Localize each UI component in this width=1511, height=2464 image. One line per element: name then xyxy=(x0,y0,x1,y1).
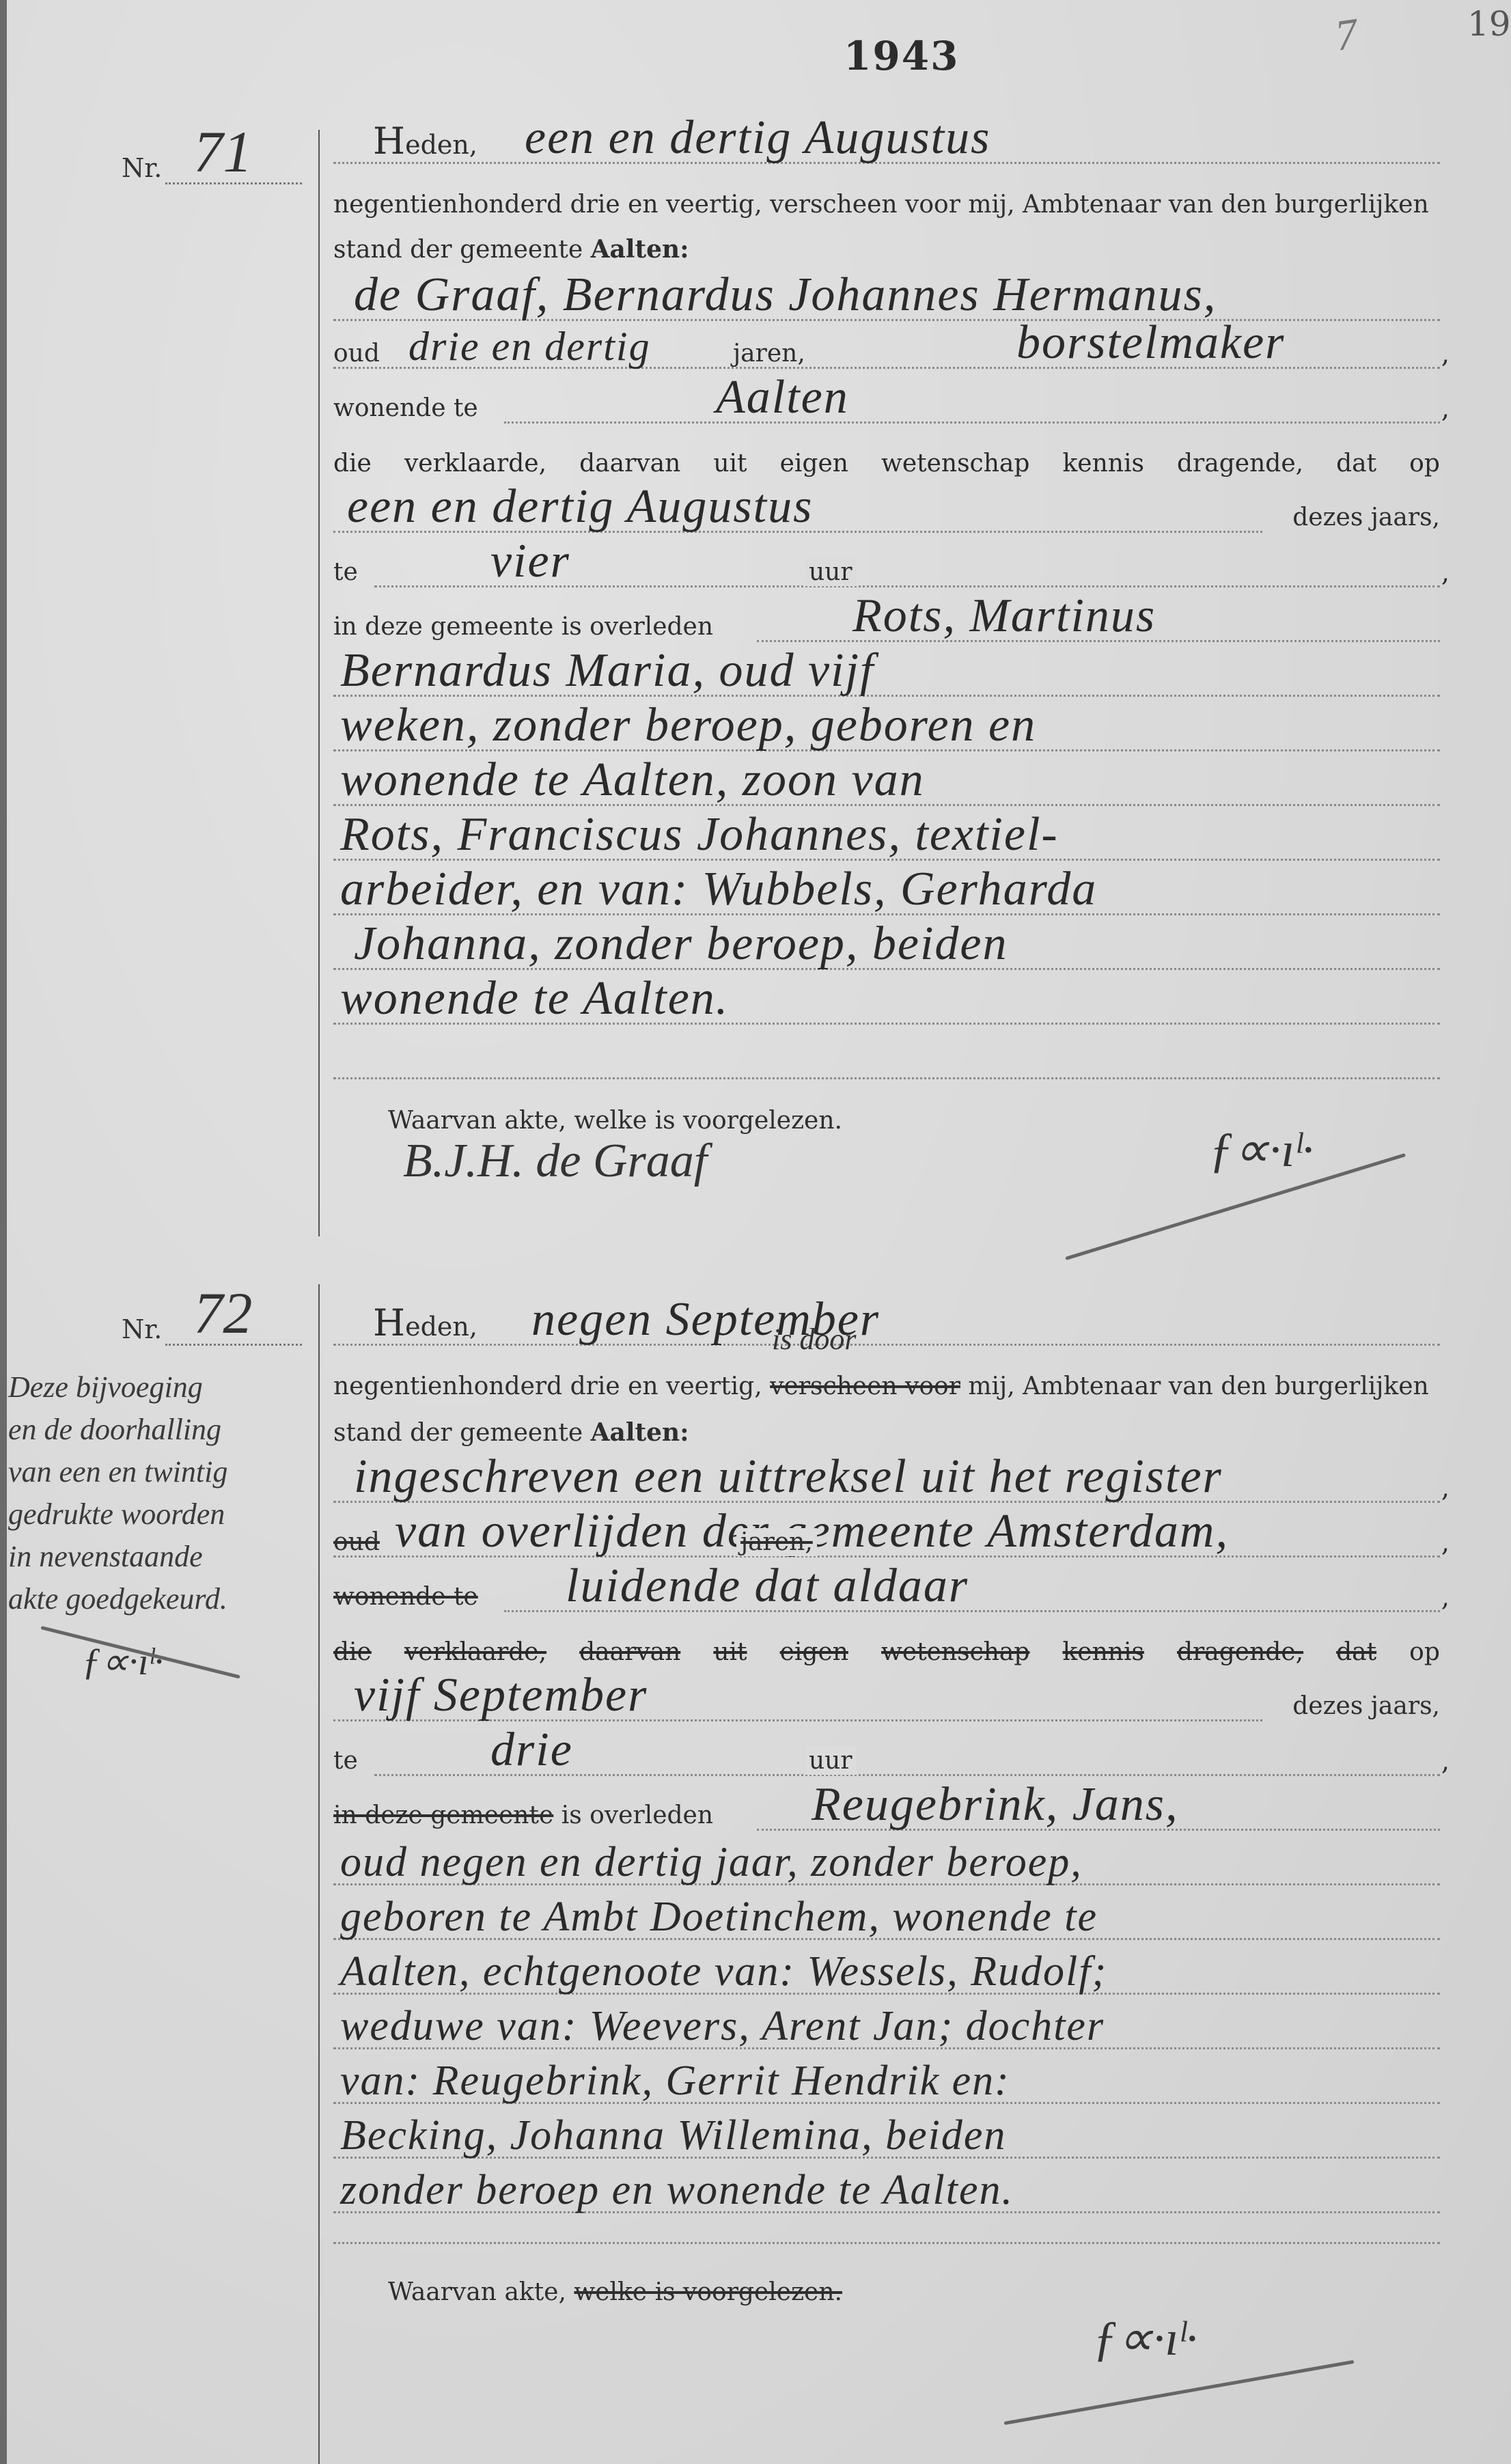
entry71-age-line: oud drie en dertig jaren, borstelmaker , xyxy=(333,321,1440,376)
entry71-declarant-name: de Graaf, Bernardus Johannes Hermanus, xyxy=(354,268,1217,322)
entry72-municipality-line: stand der gemeente Aalten: xyxy=(333,1400,1440,1455)
entry71-official-signature: ƒ∝·ıˡ· xyxy=(1209,1120,1314,1178)
entry72-deceased-line-4: Aalten, echtgenoote van: Wessels, Rudolf… xyxy=(333,1947,1440,2002)
entry71-declarant-residence: Aalten xyxy=(716,370,849,425)
entry71-deceased-name: Rots, Martinus xyxy=(852,589,1156,643)
entry71-declaration-line: dieverklaarde,daarvanuiteigenwetenschapk… xyxy=(333,449,1440,477)
folio-number: 19 xyxy=(1467,4,1511,44)
entry72-extract-line-2: oud van overlijden der gemeente Amsterda… xyxy=(333,1510,1440,1564)
entry71-deceased-line-2: Bernardus Maria, oud vijf xyxy=(333,649,1440,704)
entry71-deceased-line-3: weken, zonder beroep, geboren en xyxy=(333,704,1440,758)
entry72-extract-line-3: wonende te luidende dat aldaar , xyxy=(333,1564,1440,1619)
entry72-heden-line: Heden, negen September xyxy=(333,1298,1440,1353)
entry72-death-hour: drie xyxy=(490,1723,573,1777)
entry72-hour-line: te drie uur , xyxy=(333,1728,1440,1783)
entry72-declaration-line-struck: dieverklaarde,daarvanuiteigenwetenschapk… xyxy=(333,1638,1440,1666)
page-binding-edge xyxy=(0,0,7,2464)
entry71-deceased-line-1: in deze gemeente is overleden Rots, Mart… xyxy=(333,594,1440,649)
entry71-declarant-signature: B.J.H. de Graaf xyxy=(403,1134,707,1189)
entry71-heden-line: Heden, een en dertig Augustus xyxy=(333,116,1440,171)
entry72-deceased-line-3: geboren te Ambt Doetinchem, wonende te xyxy=(333,1892,1440,1947)
entry71-declarant-occupation: borstelmaker xyxy=(1016,316,1285,370)
entry71-deceased-line-8: wonende te Aalten. xyxy=(333,977,1440,1032)
entry72-death-date-line: vijf September dezes jaars, xyxy=(333,1674,1440,1728)
entry72-deceased-name: Reugebrink, Jans, xyxy=(812,1777,1178,1832)
entry71-deceased-line-4: wonende te Aalten, zoon van xyxy=(333,758,1440,813)
entry-number-72: Nr. 72 xyxy=(122,1284,252,1353)
column-divider-2 xyxy=(318,1284,320,2464)
entry72-signature-underline xyxy=(1004,2360,1355,2425)
entry71-declarant-age: drie en dertig xyxy=(408,323,651,370)
column-divider-1 xyxy=(318,130,320,1236)
entry72-insertion-above-line: is door xyxy=(772,1322,856,1357)
entry71-death-hour: vier xyxy=(490,534,570,589)
entry71-hour-line: te vier uur , xyxy=(333,540,1440,594)
entry71-deceased-line-7: Johanna, zonder beroep, beiden xyxy=(333,922,1440,977)
entry72-extract-line-1: ingeschreven een uittreksel uit het regi… xyxy=(333,1455,1440,1510)
entry72-deceased-line-1: in deze gemeente is overleden Reugebrink… xyxy=(333,1783,1440,1838)
entry71-deceased-line-6: arbeider, en van: Wubbels, Gerharda xyxy=(333,868,1440,922)
entry71-residence-line: wonende te Aalten , xyxy=(333,376,1440,430)
entry72-blank-line xyxy=(333,2196,1440,2251)
entry72-closing-formula: Waarvan akte, welke is voorgelezen. xyxy=(388,2278,842,2306)
entry72-deceased-line-2: oud negen en dertig jaar, zonder beroep, xyxy=(333,1838,1440,1892)
entry72-deceased-line-5: weduwe van: Weevers, Arent Jan; dochter xyxy=(333,2002,1440,2056)
entry71-registration-date: een en dertig Augustus xyxy=(525,111,990,165)
register-year: 1943 xyxy=(844,33,959,79)
entry72-deceased-line-6: van: Reugebrink, Gerrit Hendrik en: xyxy=(333,2056,1440,2111)
entry72-death-date: vijf September xyxy=(354,1668,648,1723)
folio-stamp-mark: 7 xyxy=(1332,8,1361,61)
entry71-death-date: een en dertig Augustus xyxy=(347,480,813,534)
entry71-blank-line xyxy=(333,1032,1440,1086)
entry71-deceased-line-5: Rots, Franciscus Johannes, textiel- xyxy=(333,813,1440,868)
entry72-deceased-line-7: Becking, Johanna Willemina, beiden xyxy=(333,2111,1440,2165)
entry72-official-signature: ƒ∝·ıˡ· xyxy=(1093,2309,1197,2367)
entry71-death-date-line: een en dertig Augustus dezes jaars, xyxy=(333,485,1440,540)
entry71-closing-formula: Waarvan akte, welke is voorgelezen. xyxy=(388,1107,842,1135)
entry72-margin-note: Deze bijvoeging en de doorhalling van ee… xyxy=(8,1366,309,1620)
entry71-municipality-line: stand der gemeente Aalten: xyxy=(333,217,1440,272)
entry-number-71: Nr. 71 xyxy=(122,123,252,191)
